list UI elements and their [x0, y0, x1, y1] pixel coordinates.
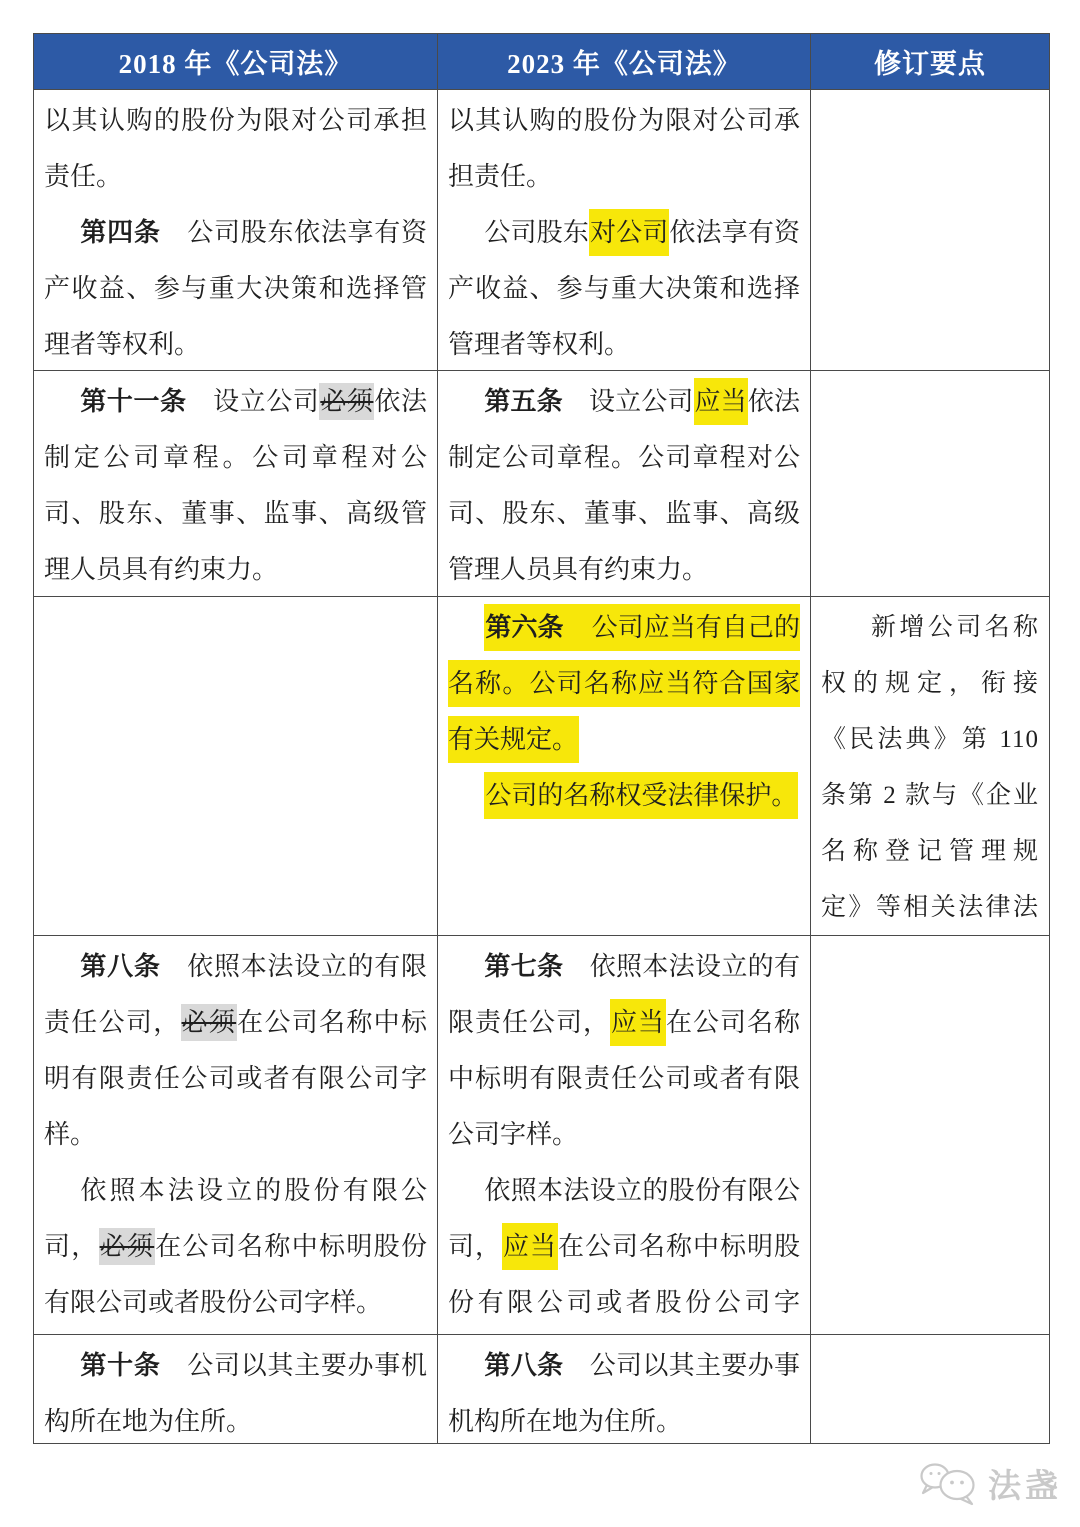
highlighted-text: 公司的名称权受法律保护。 — [484, 772, 798, 819]
paragraph: 第四条 公司股东依法享有资产收益、参与重大决策和选择管理者等权利。 — [44, 205, 427, 370]
paragraph: 公司的名称权受法律保护。 — [448, 768, 800, 824]
cell-2018-row1: 以其认购的股份为限对公司承担责任。第四条 公司股东依法享有资产收益、参与重大决策… — [34, 90, 437, 370]
law-comparison-table: 2018 年《公司法》 2023 年《公司法》 修订要点 以其认购的股份为限对公… — [33, 33, 1050, 1444]
struck-through-text: 必须 — [319, 383, 374, 420]
paragraph: 第十一条 设立公司必须依法制定公司章程。公司章程对公司、股东、董事、监事、高级管… — [44, 374, 427, 596]
cell-notes-row4 — [811, 936, 1049, 1334]
highlighted-text: 对公司 — [589, 209, 669, 256]
cell-2023-row4: 第七条 依照本法设立的有限责任公司，应当在公司名称中标明有限责任公司或者有限公司… — [438, 936, 810, 1334]
cell-notes-row2 — [811, 371, 1049, 596]
cell-2018-row5: 第十条 公司以其主要办事机构所在地为住所。 — [34, 1335, 437, 1443]
struck-through-text: 必须 — [181, 1004, 238, 1041]
highlighted-text: 第六条 — [484, 604, 564, 651]
article-number: 第八条 — [484, 1351, 563, 1380]
paragraph: 新增公司名称权的规定，衔接《民法典》第 110 条第 2 款与《企业名称登记管理… — [821, 600, 1039, 935]
paragraph: 依照本法设立的股份有限公司，必须在公司名称中标明股份有限公司或者股份公司字样。 — [44, 1163, 427, 1331]
paragraph: 第八条 公司以其主要办事机构所在地为住所。 — [448, 1338, 800, 1443]
header-cell-2023: 2023 年《公司法》 — [438, 34, 810, 89]
article-number: 第五条 — [484, 387, 562, 416]
paragraph: 公司股东对公司依法享有资产收益、参与重大决策和选择管理者等权利。 — [448, 205, 800, 370]
text-segment: 限责任公司， — [448, 1008, 610, 1037]
article-number: 第十条 — [80, 1351, 160, 1380]
paragraph: 第十条 公司以其主要办事机构所在地为住所。 — [44, 1338, 427, 1443]
highlighted-text: 应当 — [610, 999, 666, 1046]
article-number: 第十一条 — [80, 387, 186, 416]
header-cell-2018: 2018 年《公司法》 — [34, 34, 437, 89]
header-cell-notes: 修订要点 — [811, 34, 1049, 89]
cell-2018-row4: 第八条 依照本法设立的有限责任公司，必须在公司名称中标明有限责任公司或者有限公司… — [34, 936, 437, 1334]
watermark-brand: 法盏 — [988, 1460, 1062, 1507]
text-segment: 以其认购的股份为限对公司承担责任。 — [44, 106, 427, 191]
cell-2018-row3 — [34, 597, 437, 935]
text-segment: 以其认购的股份为限对公司承担责任。 — [448, 106, 800, 191]
paragraph: 第六条 公司应当有自己的名称。公司名称应当符合国家有关规定。 — [448, 600, 800, 768]
watermark: 法盏 — [916, 1460, 1062, 1507]
text-segment: 设立公司 — [187, 387, 320, 416]
paragraph: 第五条 设立公司应当依法制定公司章程。公司章程对公司、股东、董事、监事、高级管理… — [448, 374, 800, 596]
chat-bubbles-icon — [916, 1461, 980, 1507]
text-segment: 依照本法设立的有 — [563, 952, 800, 981]
paragraph: 第七条 依照本法设立的有限责任公司，应当在公司名称中标明有限责任公司或者有限公司… — [448, 939, 800, 1163]
article-number: 第四条 — [80, 218, 160, 247]
cell-2023-row2: 第五条 设立公司应当依法制定公司章程。公司章程对公司、股东、董事、监事、高级管理… — [438, 371, 810, 596]
cell-notes-row3: 新增公司名称权的规定，衔接《民法典》第 110 条第 2 款与《企业名称登记管理… — [811, 597, 1049, 935]
cell-notes-row1 — [811, 90, 1049, 370]
cell-2018-row2: 第十一条 设立公司必须依法制定公司章程。公司章程对公司、股东、董事、监事、高级管… — [34, 371, 437, 596]
paragraph: 以其认购的股份为限对公司承担责任。 — [44, 93, 427, 205]
paragraph: 以其认购的股份为限对公司承担责任。 — [448, 93, 800, 205]
text-segment: 公司股东 — [484, 218, 589, 247]
highlighted-text: 应当 — [502, 1223, 558, 1270]
cell-2023-row5: 第八条 公司以其主要办事机构所在地为住所。 — [438, 1335, 810, 1443]
article-number: 第八条 — [80, 952, 160, 981]
paragraph: 依照本法设立的股份有限公司，应当在公司名称中标明股份有限公司或者股份公司字样。 — [448, 1163, 800, 1334]
cell-notes-row5 — [811, 1335, 1049, 1443]
paragraph: 第八条 依照本法设立的有限责任公司，必须在公司名称中标明有限责任公司或者有限公司… — [44, 939, 427, 1163]
text-segment: 新增公司名称权的规定，衔接《民法典》第 110 条第 2 款与《企业名称登记管理… — [821, 614, 1039, 935]
struck-through-text: 必须 — [99, 1228, 156, 1265]
highlighted-text: 应当 — [694, 378, 748, 425]
article-number: 第七条 — [484, 952, 563, 981]
cell-2023-row1: 以其认购的股份为限对公司承担责任。公司股东对公司依法享有资产收益、参与重大决策和… — [438, 90, 810, 370]
text-segment: 设立公司 — [563, 387, 694, 416]
cell-2023-row3: 第六条 公司应当有自己的名称。公司名称应当符合国家有关规定。公司的名称权受法律保… — [438, 597, 810, 935]
